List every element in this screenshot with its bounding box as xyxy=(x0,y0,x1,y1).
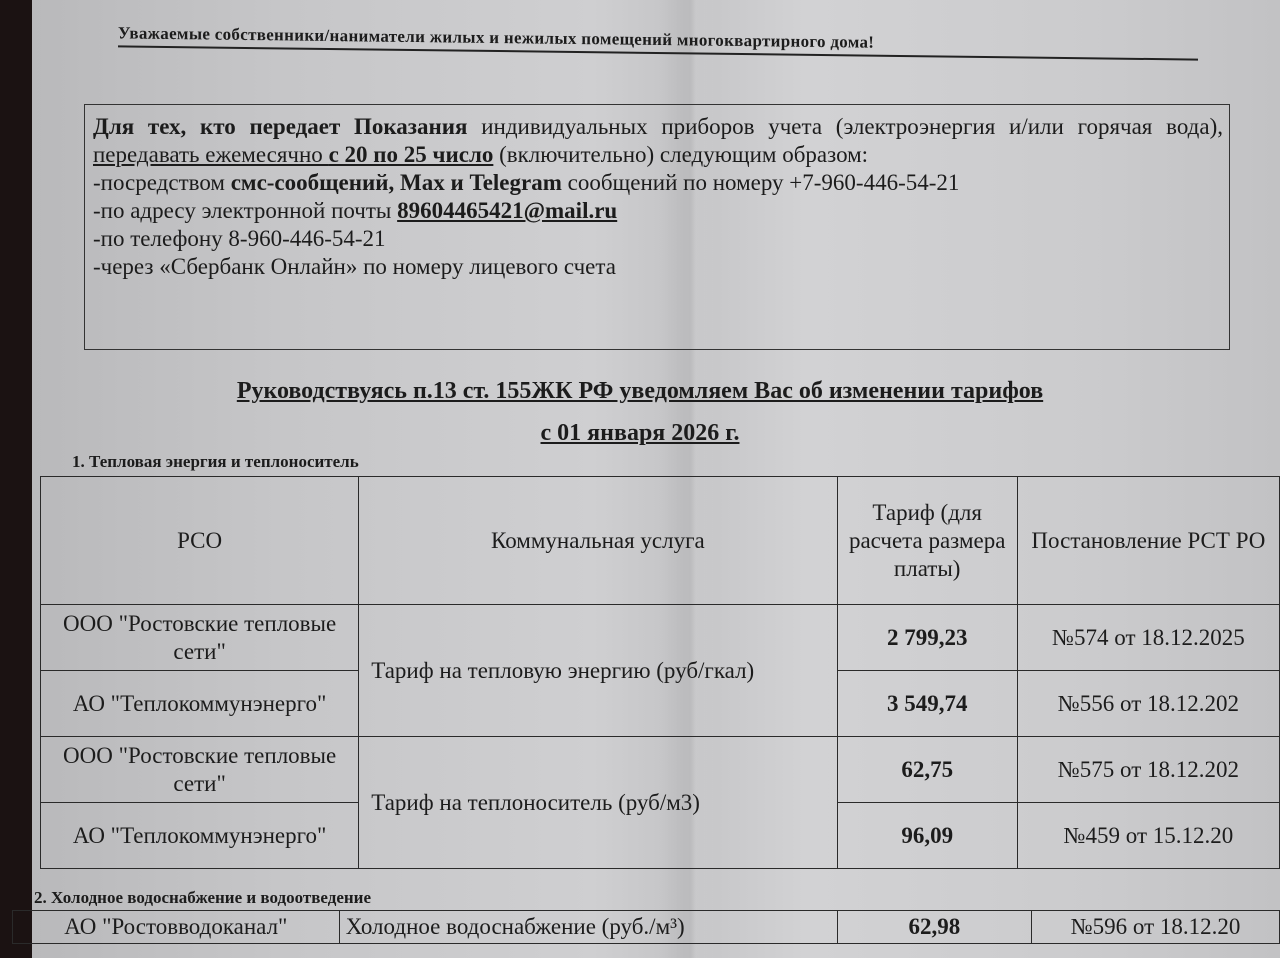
table-row: ООО "Ростовские тепловые сети" Тариф на … xyxy=(41,605,1280,671)
method-bold: смс-сообщений, Max и Telegram xyxy=(231,170,562,195)
deadline-text: передавать ежемесячно xyxy=(93,142,329,167)
resolution-cell: №596 от 18.12.20 xyxy=(1032,911,1280,944)
col-tariff: Тариф (для расчета размера платы) xyxy=(837,477,1017,605)
method-sberbank: -через «Сбербанк Онлайн» по номеру лицев… xyxy=(93,253,1223,281)
tariff-notice-date: с 01 января 2026 г. xyxy=(541,420,740,446)
deadline-tail: (включительно) следующим образом: xyxy=(493,142,868,167)
intro-bold: Для тех, кто передает Показания xyxy=(93,114,467,139)
rso-cell: ООО "Ростовские тепловые сети" xyxy=(41,605,359,671)
tariff-cell: 3 549,74 xyxy=(837,671,1017,737)
water-tariff-table: АО "Ростовводоканал" Холодное водоснабже… xyxy=(12,910,1280,944)
col-service: Коммунальная услуга xyxy=(359,477,837,605)
tariff-notice-text: Руководствуясь п.13 ст. 155ЖК РФ уведомл… xyxy=(237,378,1043,404)
intro-rest: индивидуальных приборов учета (электроэн… xyxy=(467,114,1223,139)
service-cell: Холодное водоснабжение (руб./м³) xyxy=(339,911,837,944)
col-rso: РСО xyxy=(41,477,359,605)
method-messengers: -посредством смс-сообщений, Max и Telegr… xyxy=(93,169,1223,197)
table-row: ООО "Ростовские тепловые сети" Тариф на … xyxy=(41,737,1280,803)
meter-reading-box: Для тех, кто передает Показания индивиду… xyxy=(84,104,1230,350)
service-cell: Тариф на теплоноситель (руб/м3) xyxy=(359,737,837,869)
resolution-cell: №459 от 15.12.20 xyxy=(1017,803,1279,869)
rso-cell: АО "Теплокоммунэнерго" xyxy=(41,671,359,737)
col-resolution: Постановление РСТ РО xyxy=(1017,477,1279,605)
section2-heading: 2. Холодное водоснабжение и водоотведени… xyxy=(34,888,371,908)
method-suffix: сообщений по номеру +7-960-446-54-21 xyxy=(562,170,960,195)
method-email: -по адресу электронной почты 89604465421… xyxy=(93,197,1223,225)
section1-heading: 1. Тепловая энергия и теплоноситель xyxy=(72,452,359,472)
tariff-cell: 62,98 xyxy=(837,911,1032,944)
resolution-cell: №556 от 18.12.202 xyxy=(1017,671,1279,737)
tariff-cell: 2 799,23 xyxy=(837,605,1017,671)
service-cell: Тариф на тепловую энергию (руб/гкал) xyxy=(359,605,837,737)
rso-cell: АО "Ростовводоканал" xyxy=(13,911,340,944)
rso-cell: ООО "Ростовские тепловые сети" xyxy=(41,737,359,803)
tariff-cell: 96,09 xyxy=(837,803,1017,869)
meter-intro: Для тех, кто передает Показания индивиду… xyxy=(93,113,1223,169)
resolution-cell: №575 от 18.12.202 xyxy=(1017,737,1279,803)
tariff-cell: 62,75 xyxy=(837,737,1017,803)
method-phone: -по телефону 8-960-446-54-21 xyxy=(93,225,1223,253)
tariff-notice-line1: Руководствуясь п.13 ст. 155ЖК РФ уведомл… xyxy=(0,378,1280,405)
table-row: АО "Ростовводоканал" Холодное водоснабже… xyxy=(13,911,1280,944)
method-prefix: -по адресу электронной почты xyxy=(93,198,397,223)
deadline-dates: с 20 по 25 число xyxy=(329,142,494,167)
rso-cell: АО "Теплокоммунэнерго" xyxy=(41,803,359,869)
resolution-cell: №574 от 18.12.2025 xyxy=(1017,605,1279,671)
email-link[interactable]: 89604465421@mail.ru xyxy=(397,198,617,223)
tariff-notice-line2: с 01 января 2026 г. xyxy=(0,420,1280,447)
heat-tariff-table: РСО Коммунальная услуга Тариф (для расче… xyxy=(40,476,1280,869)
table-header-row: РСО Коммунальная услуга Тариф (для расче… xyxy=(41,477,1280,605)
method-prefix: -посредством xyxy=(93,170,231,195)
